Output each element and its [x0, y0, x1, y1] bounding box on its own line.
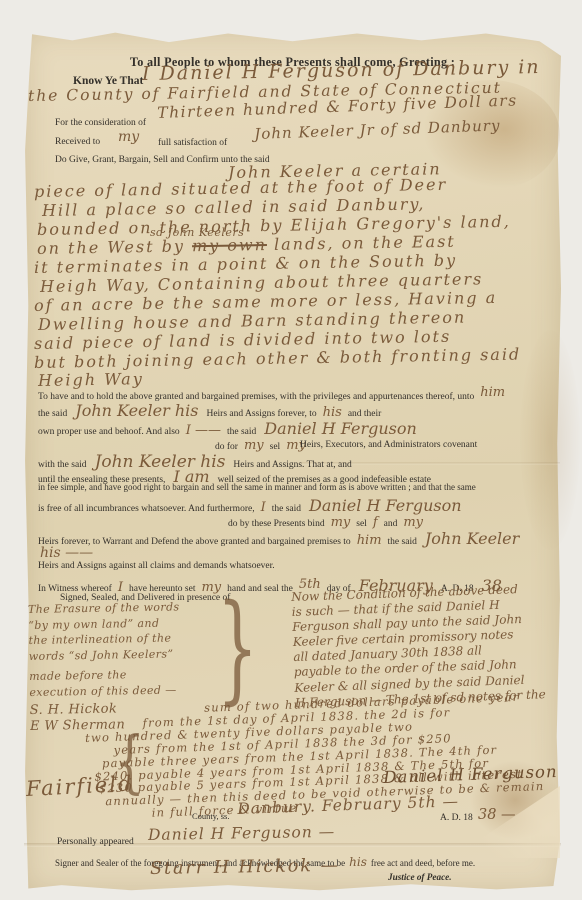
justice-signature: Starr H Hickok —: [150, 856, 340, 879]
habendum-text: do for: [215, 442, 238, 452]
handwritten-fill: John Keeler: [425, 529, 519, 548]
handwritten-fill: him: [480, 385, 505, 400]
brace-right-decoration: }: [217, 588, 258, 706]
handwritten-fill: my: [331, 515, 351, 530]
habendum-text: sel: [270, 442, 281, 452]
handwritten-fill: his: [349, 855, 367, 869]
margin-note-line: words “sd John Keelers”: [29, 646, 181, 664]
handwritten-fill: f: [373, 515, 378, 530]
satisfaction-label: full satisfaction of: [158, 138, 227, 148]
handwritten-year: 38 —: [478, 807, 516, 823]
habendum-text: own proper use and behoof. And also: [38, 427, 180, 437]
handwritten-fill: my: [403, 515, 423, 530]
county-label: County, ss.: [192, 811, 229, 821]
handwritten-received-fill: my: [118, 129, 139, 145]
habendum-text: and their: [348, 409, 382, 419]
habendum-text: sel: [356, 519, 367, 529]
justice-label: Justice of Peace.: [388, 872, 452, 882]
habendum-line: Heirs forever, to Warrant and Defend the…: [38, 529, 527, 549]
received-label: Received to: [55, 137, 100, 147]
signer-text: free act and deed, before me.: [371, 858, 475, 868]
habendum-text: Heirs, Executors, and Administrators cov…: [300, 440, 477, 450]
handwritten-fill: John Keeler his: [75, 401, 198, 420]
handwritten-fill: his ——: [40, 545, 93, 561]
habendum-text: and: [384, 519, 398, 529]
consideration-label: For the consideration of: [55, 118, 146, 128]
habendum-text: Heirs and Assigns against all claims and…: [38, 561, 275, 571]
margin-note-line: execution of this deed —: [29, 682, 181, 700]
habendum-text: the said: [388, 537, 417, 547]
handwritten-fill: his: [323, 405, 342, 420]
habendum-text: is free of all incumbrances whatsoever. …: [38, 504, 255, 514]
habendum-line: the saidJohn Keeler hisHeirs and Assigns…: [38, 401, 381, 421]
appeared-label: Personally appeared: [57, 837, 134, 847]
habendum-text: in fee simple, and have good right to ba…: [38, 482, 476, 492]
deed-document-scan: To all People to whom these Presents sha…: [0, 0, 582, 900]
handwritten-fill: him: [357, 533, 382, 548]
habendum-text: do by these Presents bind: [228, 519, 325, 529]
ad-label: A. D. 18: [440, 813, 473, 823]
description-interlineation: sd John Keelers: [150, 226, 244, 239]
habendum-text: Heirs and Assigns forever, to: [206, 409, 316, 419]
appeared-name: Daniel H Ferguson —: [148, 823, 335, 844]
habendum-text: the said: [38, 409, 67, 419]
handwritten-fill: my: [244, 438, 264, 453]
